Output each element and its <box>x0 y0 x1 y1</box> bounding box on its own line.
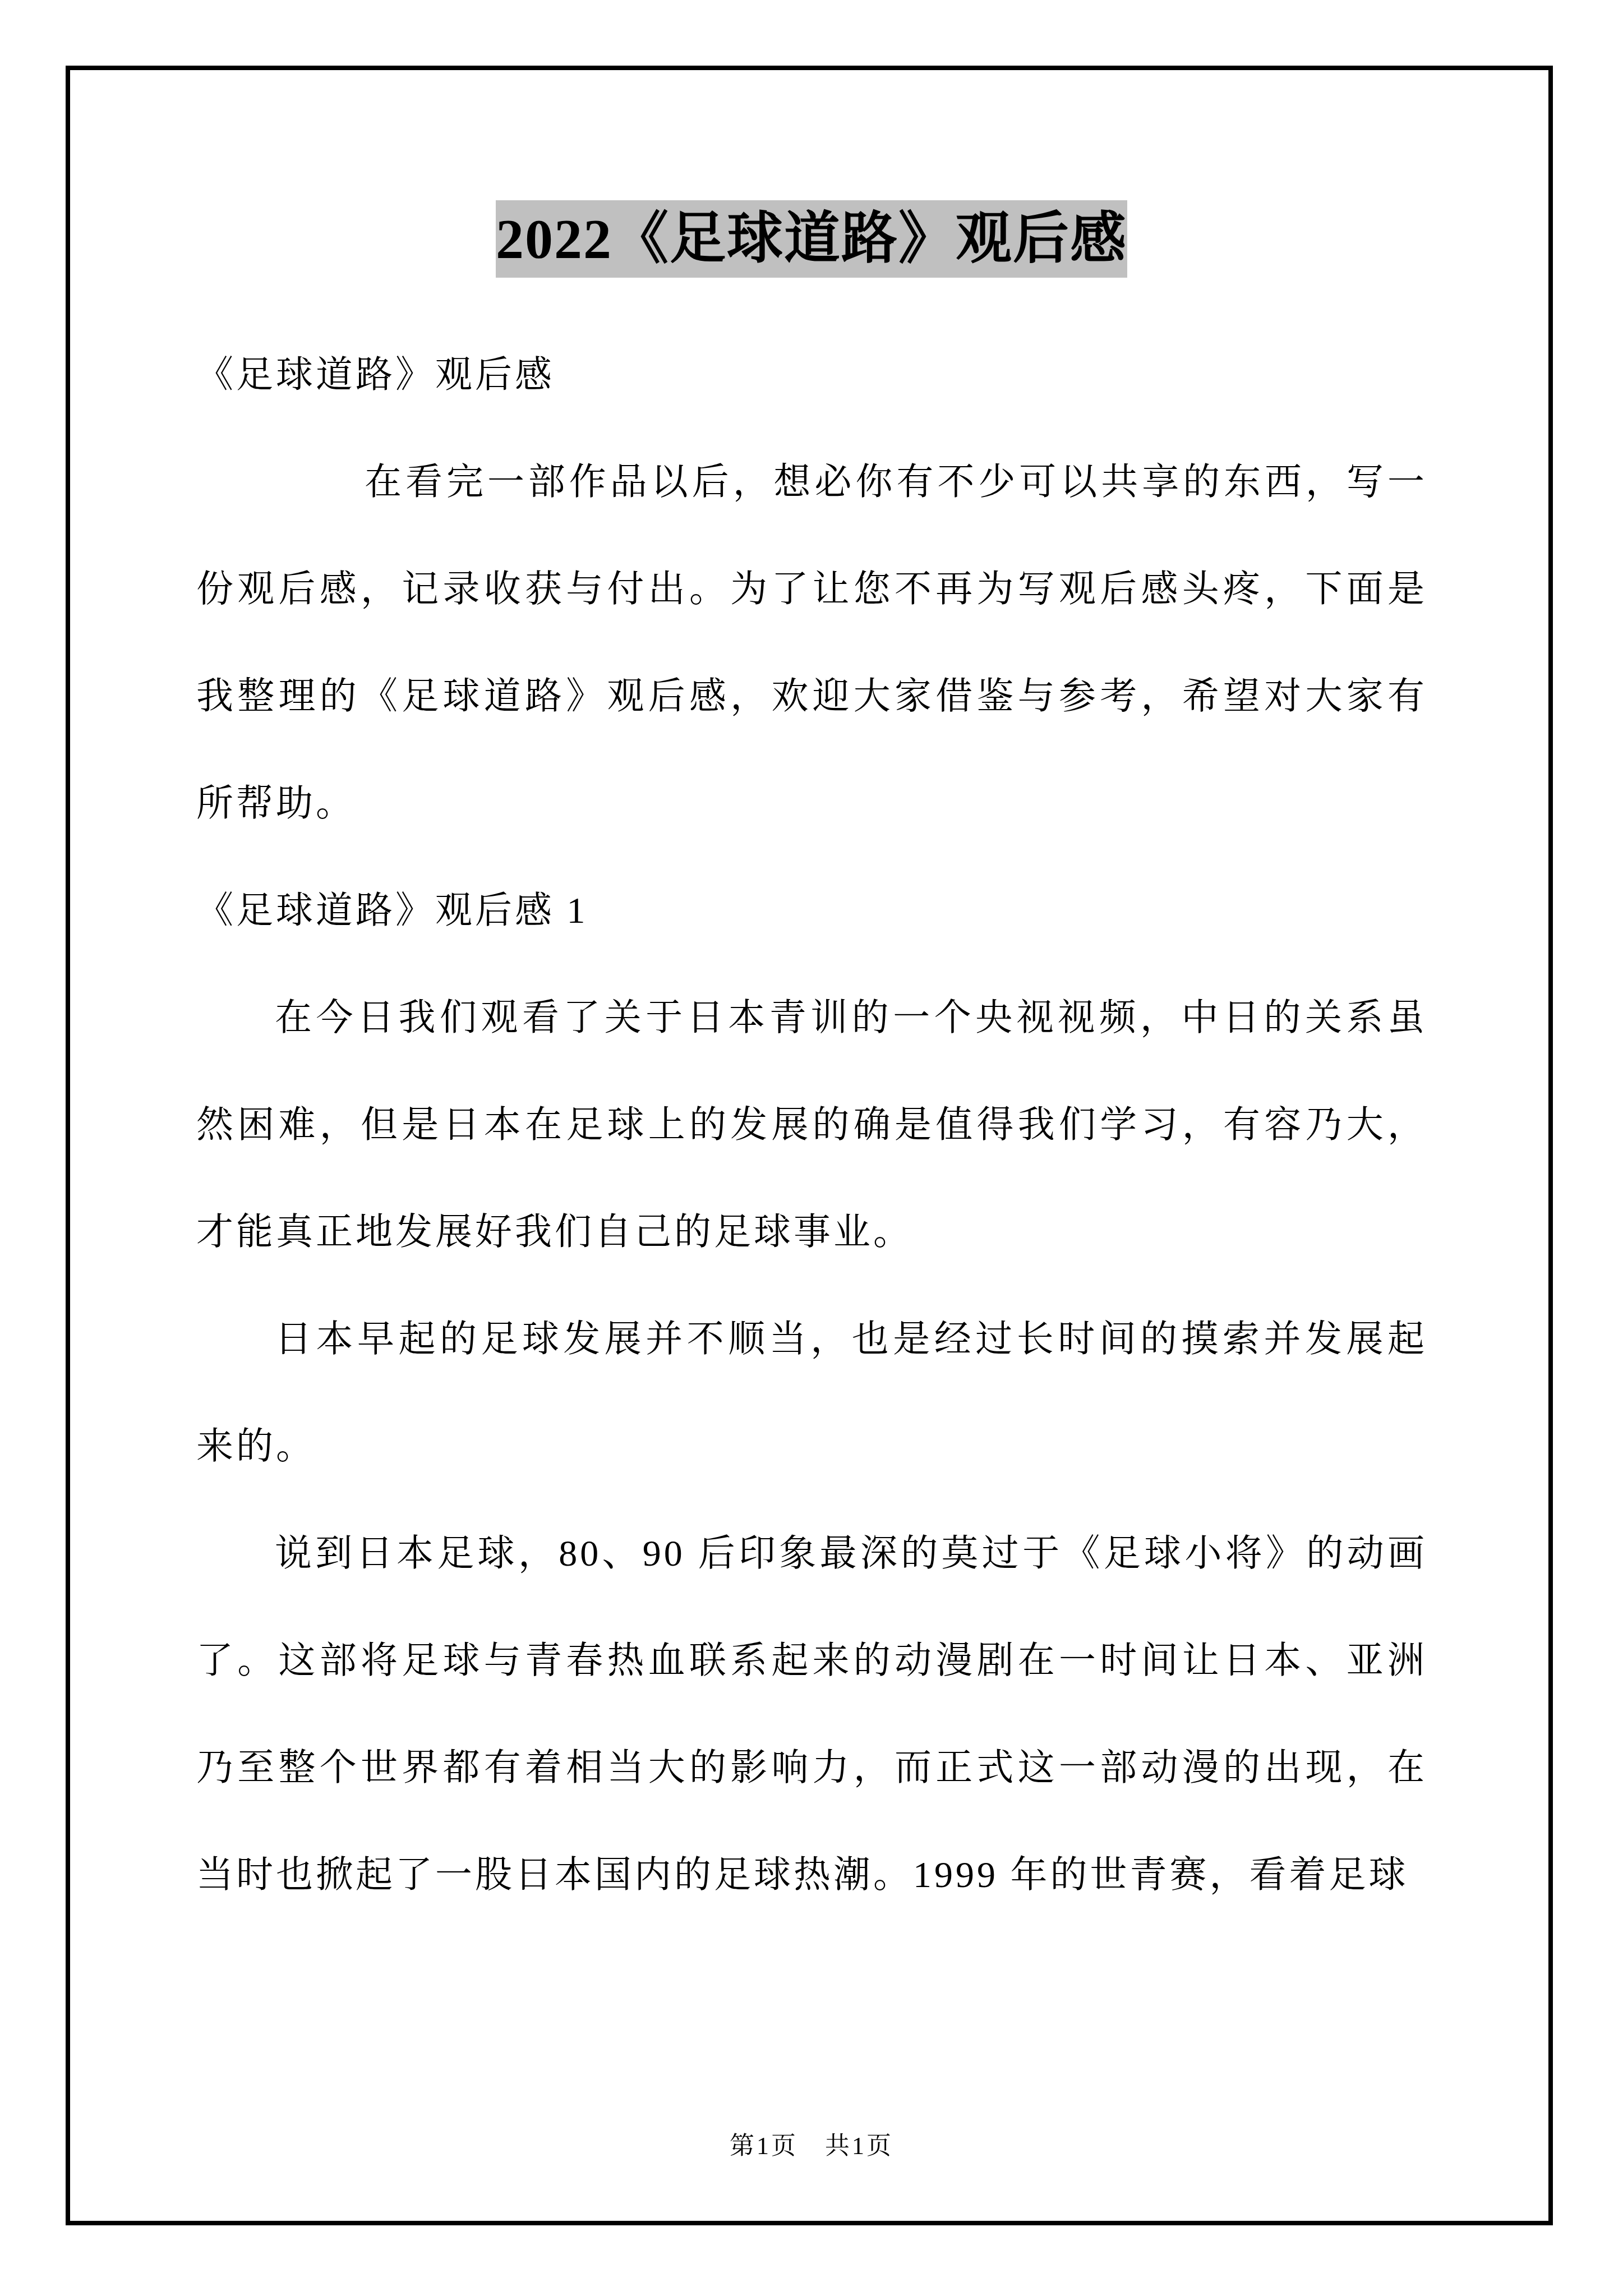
paragraph-3: 说到日本足球，80、90 后印象最深的莫过于《足球小将》的动画了。这部将足球与青… <box>196 1500 1427 1929</box>
document-subtitle: 《足球道路》观后感 <box>196 321 1427 429</box>
footer-row: 第1页 共1页 <box>0 2131 1623 2162</box>
paragraph-2: 日本早起的足球发展并不顺当，也是经过长时间的摸索并发展起来的。 <box>196 1286 1427 1500</box>
title-row: 2022《足球道路》观后感 <box>0 200 1623 278</box>
section-heading: 《足球道路》观后感 1 <box>196 857 1427 964</box>
paragraph-1: 在今日我们观看了关于日本青训的一个央视视频，中日的关系虽然困难，但是日本在足球上… <box>196 964 1427 1286</box>
document-page: 2022《足球道路》观后感 《足球道路》观后感 在看完一部作品以后，想必你有不少… <box>0 0 1623 2296</box>
document-title: 2022《足球道路》观后感 <box>496 200 1127 278</box>
page-number-indicator: 第1页 共1页 <box>730 2132 893 2160</box>
document-body: 《足球道路》观后感 在看完一部作品以后，想必你有不少可以共享的东西，写一份观后感… <box>196 321 1427 1929</box>
intro-paragraph: 在看完一部作品以后，想必你有不少可以共享的东西，写一份观后感，记录收获与付出。为… <box>196 429 1427 857</box>
